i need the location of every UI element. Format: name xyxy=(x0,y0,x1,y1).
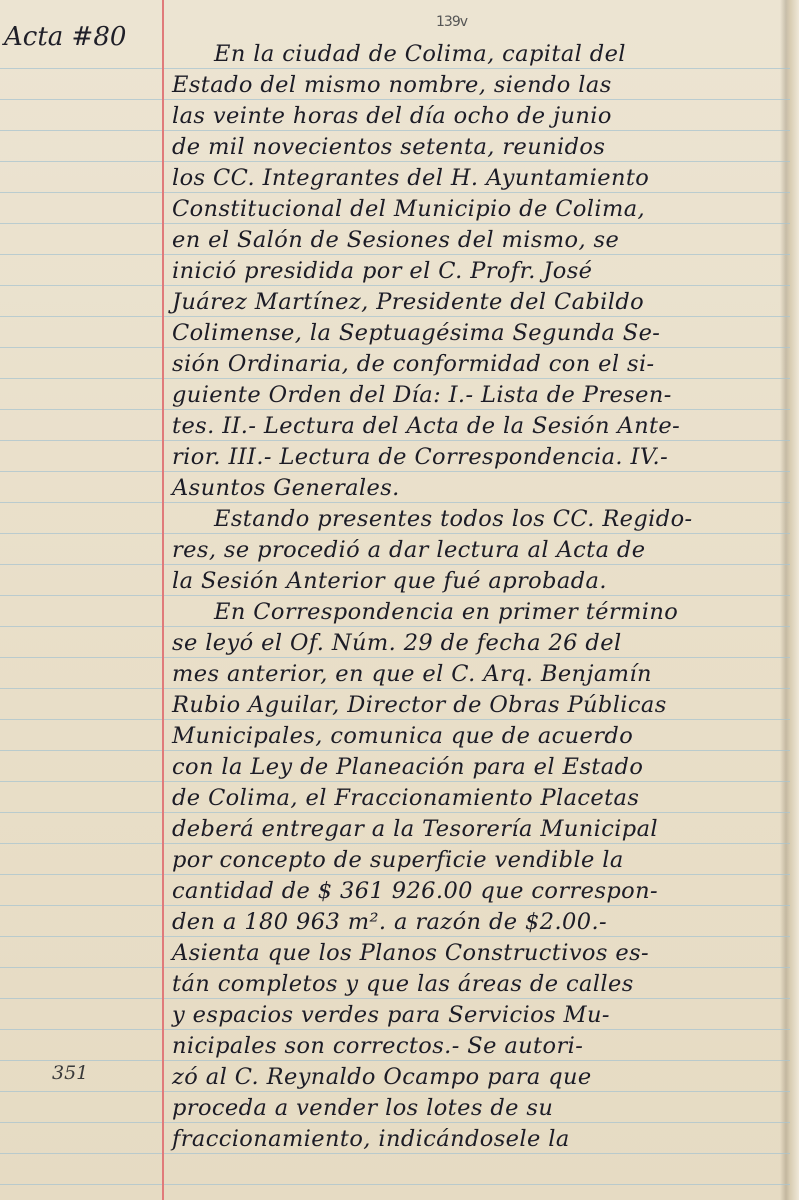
text-line: en el Salón de Sesiones del mismo, se xyxy=(172,226,784,254)
ruled-line xyxy=(0,812,790,813)
ruled-line xyxy=(0,936,790,937)
ruled-line xyxy=(0,905,790,906)
ruled-line xyxy=(0,130,790,131)
ruled-line xyxy=(0,843,790,844)
text-line: tes. II.- Lectura del Acta de la Sesión … xyxy=(172,412,784,440)
ruled-line xyxy=(0,471,790,472)
text-line: nicipales son correctos.- Se autori- xyxy=(172,1032,784,1060)
text-line: rior. III.- Lectura de Correspondencia. … xyxy=(172,443,784,471)
text-line: fraccionamiento, indicándosele la xyxy=(172,1125,784,1153)
text-line: se leyó el Of. Núm. 29 de fecha 26 del xyxy=(172,629,784,657)
ruled-line xyxy=(0,161,790,162)
ruled-line xyxy=(0,1060,790,1061)
ruled-line xyxy=(0,1091,790,1092)
ruled-line xyxy=(0,874,790,875)
text-line: deberá entregar a la Tesorería Municipal xyxy=(172,815,784,843)
text-line: zó al C. Reynaldo Ocampo para que xyxy=(172,1063,784,1091)
ruled-line xyxy=(0,781,790,782)
ruled-line xyxy=(0,1029,790,1030)
ruled-line xyxy=(0,99,790,100)
acta-label: Acta #80 xyxy=(4,22,126,52)
text-line: con la Ley de Planeación para el Estado xyxy=(172,753,784,781)
ruled-line xyxy=(0,254,790,255)
ruled-line xyxy=(0,316,790,317)
text-line: res, se procedió a dar lectura al Acta d… xyxy=(172,536,784,564)
ruled-line xyxy=(0,998,790,999)
ruled-line xyxy=(0,347,790,348)
ruled-line xyxy=(0,967,790,968)
ruled-line xyxy=(0,595,790,596)
red-margin-line xyxy=(162,0,164,1200)
text-line: inició presidida por el C. Profr. José xyxy=(172,257,784,285)
ruled-line xyxy=(0,502,790,503)
text-line: sión Ordinaria, de conformidad con el si… xyxy=(172,350,784,378)
ruled-line xyxy=(0,564,790,565)
ruled-line xyxy=(0,223,790,224)
ruled-line xyxy=(0,719,790,720)
text-line: los CC. Integrantes del H. Ayuntamiento xyxy=(172,164,784,192)
text-line: y espacios verdes para Servicios Mu- xyxy=(172,1001,784,1029)
text-line: Juárez Martínez, Presidente del Cabildo xyxy=(172,288,784,316)
text-line: Estado del mismo nombre, siendo las xyxy=(172,71,784,99)
ruled-line xyxy=(0,1184,790,1185)
text-line: cantidad de $ 361 926.00 que correspon- xyxy=(172,877,784,905)
ruled-line xyxy=(0,440,790,441)
text-line: las veinte horas del día ocho de junio xyxy=(172,102,784,130)
ruled-line xyxy=(0,533,790,534)
text-line: Estando presentes todos los CC. Regido- xyxy=(214,505,784,533)
ruled-line xyxy=(0,409,790,410)
text-line: de Colima, el Fraccionamiento Placetas xyxy=(172,784,784,812)
ruled-line xyxy=(0,1122,790,1123)
text-line: Municipales, comunica que de acuerdo xyxy=(172,722,784,750)
notebook-page: 139v Acta #80 351 En la ciudad de Colima… xyxy=(0,0,799,1200)
ruled-line xyxy=(0,750,790,751)
folio-number: 139v xyxy=(436,14,467,30)
text-line: Constitucional del Municipio de Colima, xyxy=(172,195,784,223)
text-line: Rubio Aguilar, Director de Obras Pública… xyxy=(172,691,784,719)
text-line: guiente Orden del Día: I.- Lista de Pres… xyxy=(172,381,784,409)
text-line: la Sesión Anterior que fué aprobada. xyxy=(172,567,784,595)
ruled-line xyxy=(0,192,790,193)
text-line: de mil novecientos setenta, reunidos xyxy=(172,133,784,161)
ruled-line xyxy=(0,626,790,627)
ruled-line xyxy=(0,688,790,689)
text-line: En la ciudad de Colima, capital del xyxy=(214,40,784,68)
ruled-line xyxy=(0,657,790,658)
text-line: proceda a vender los lotes de su xyxy=(172,1094,784,1122)
text-line: Asienta que los Planos Constructivos es- xyxy=(172,939,784,967)
text-line: mes anterior, en que el C. Arq. Benjamín xyxy=(172,660,784,688)
ruled-line xyxy=(0,1153,790,1154)
ruled-line xyxy=(0,378,790,379)
text-line: Colimense, la Septuagésima Segunda Se- xyxy=(172,319,784,347)
text-line: den a 180 963 m². a razón de $2.00.- xyxy=(172,908,784,936)
margin-note-number: 351 xyxy=(52,1062,88,1084)
text-line: tán completos y que las áreas de calles xyxy=(172,970,784,998)
ruled-line xyxy=(0,68,790,69)
ruled-line xyxy=(0,285,790,286)
text-line: Asuntos Generales. xyxy=(172,474,784,502)
text-line: por concepto de superficie vendible la xyxy=(172,846,784,874)
text-line: En Correspondencia en primer término xyxy=(214,598,784,626)
